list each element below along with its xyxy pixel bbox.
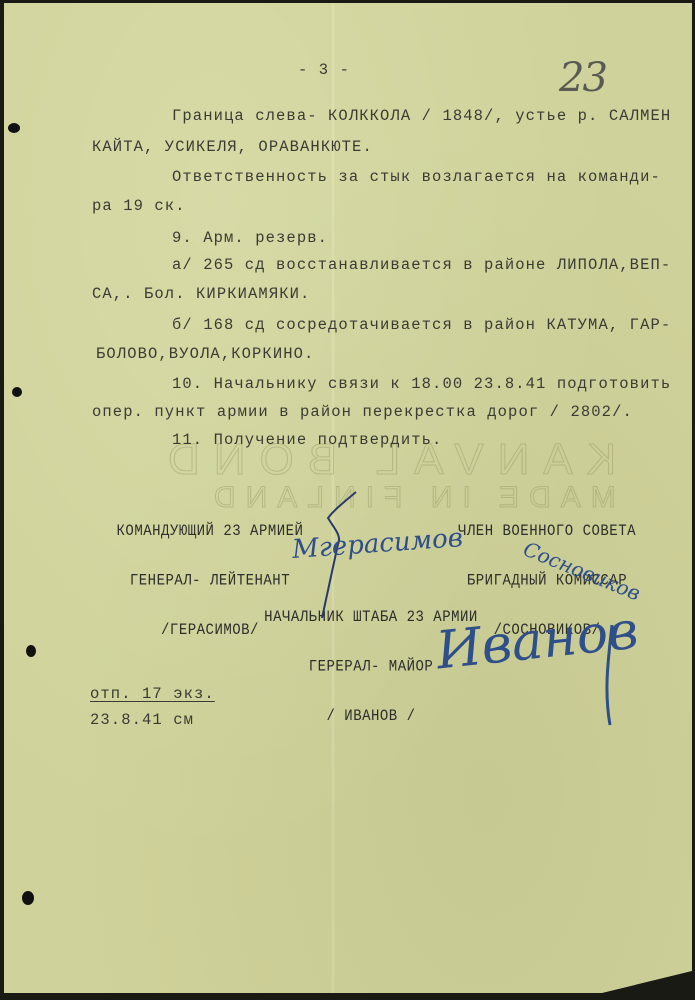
para-1-line-1: Граница слева- КОЛККОЛА / 1848/, устье р… (172, 107, 671, 125)
archive-page-number: 23 (559, 55, 606, 101)
document-page: KANVAL BOND MADE IN FINLAND - 3 - 23 Гра… (4, 3, 692, 993)
binding-hole (26, 645, 36, 657)
para-2-line-2: ра 19 ск. (92, 197, 186, 215)
document-date: 23.8.41 см (90, 711, 194, 729)
para-6-line-1: 10. Начальнику связи к 18.00 23.8.41 под… (172, 375, 671, 393)
para-6-line-2: опер. пункт армии в район перекрестка до… (92, 403, 633, 421)
para-5-line-1: б/ 168 сд сосредотачивается в район КАТУ… (172, 316, 671, 334)
para-4-line-1: а/ 265 сд восстанавливается в районе ЛИП… (172, 256, 671, 274)
para-5-line-2: БОЛОВО,ВУОЛА,КОРКИНО. (96, 345, 314, 363)
chief-of-staff-signature-tail (594, 621, 624, 731)
copies-count: отп. 17 экз. (90, 685, 215, 703)
para-7-line-1: 11. Получение подтвердить. (172, 431, 442, 449)
binding-hole (12, 387, 22, 397)
torn-corner (602, 971, 692, 993)
council-member-title: ЧЛЕН ВОЕННОГО СОВЕТА (432, 524, 662, 541)
para-1-line-2: КАЙТА, УСИКЕЛЯ, ОРАВАНКЮТЕ. (92, 138, 373, 156)
binding-hole (22, 891, 34, 905)
chief-of-staff-name: / ИВАНОВ / (236, 709, 506, 726)
page-marker: - 3 - (298, 61, 350, 79)
binding-hole (8, 123, 20, 133)
para-4-line-2: СА,. Бол. КИРКИАМЯКИ. (92, 285, 310, 303)
para-3-line-1: 9. Арм. резерв. (172, 229, 328, 247)
para-2-line-1: Ответственность за стык возлагается на к… (172, 168, 661, 186)
